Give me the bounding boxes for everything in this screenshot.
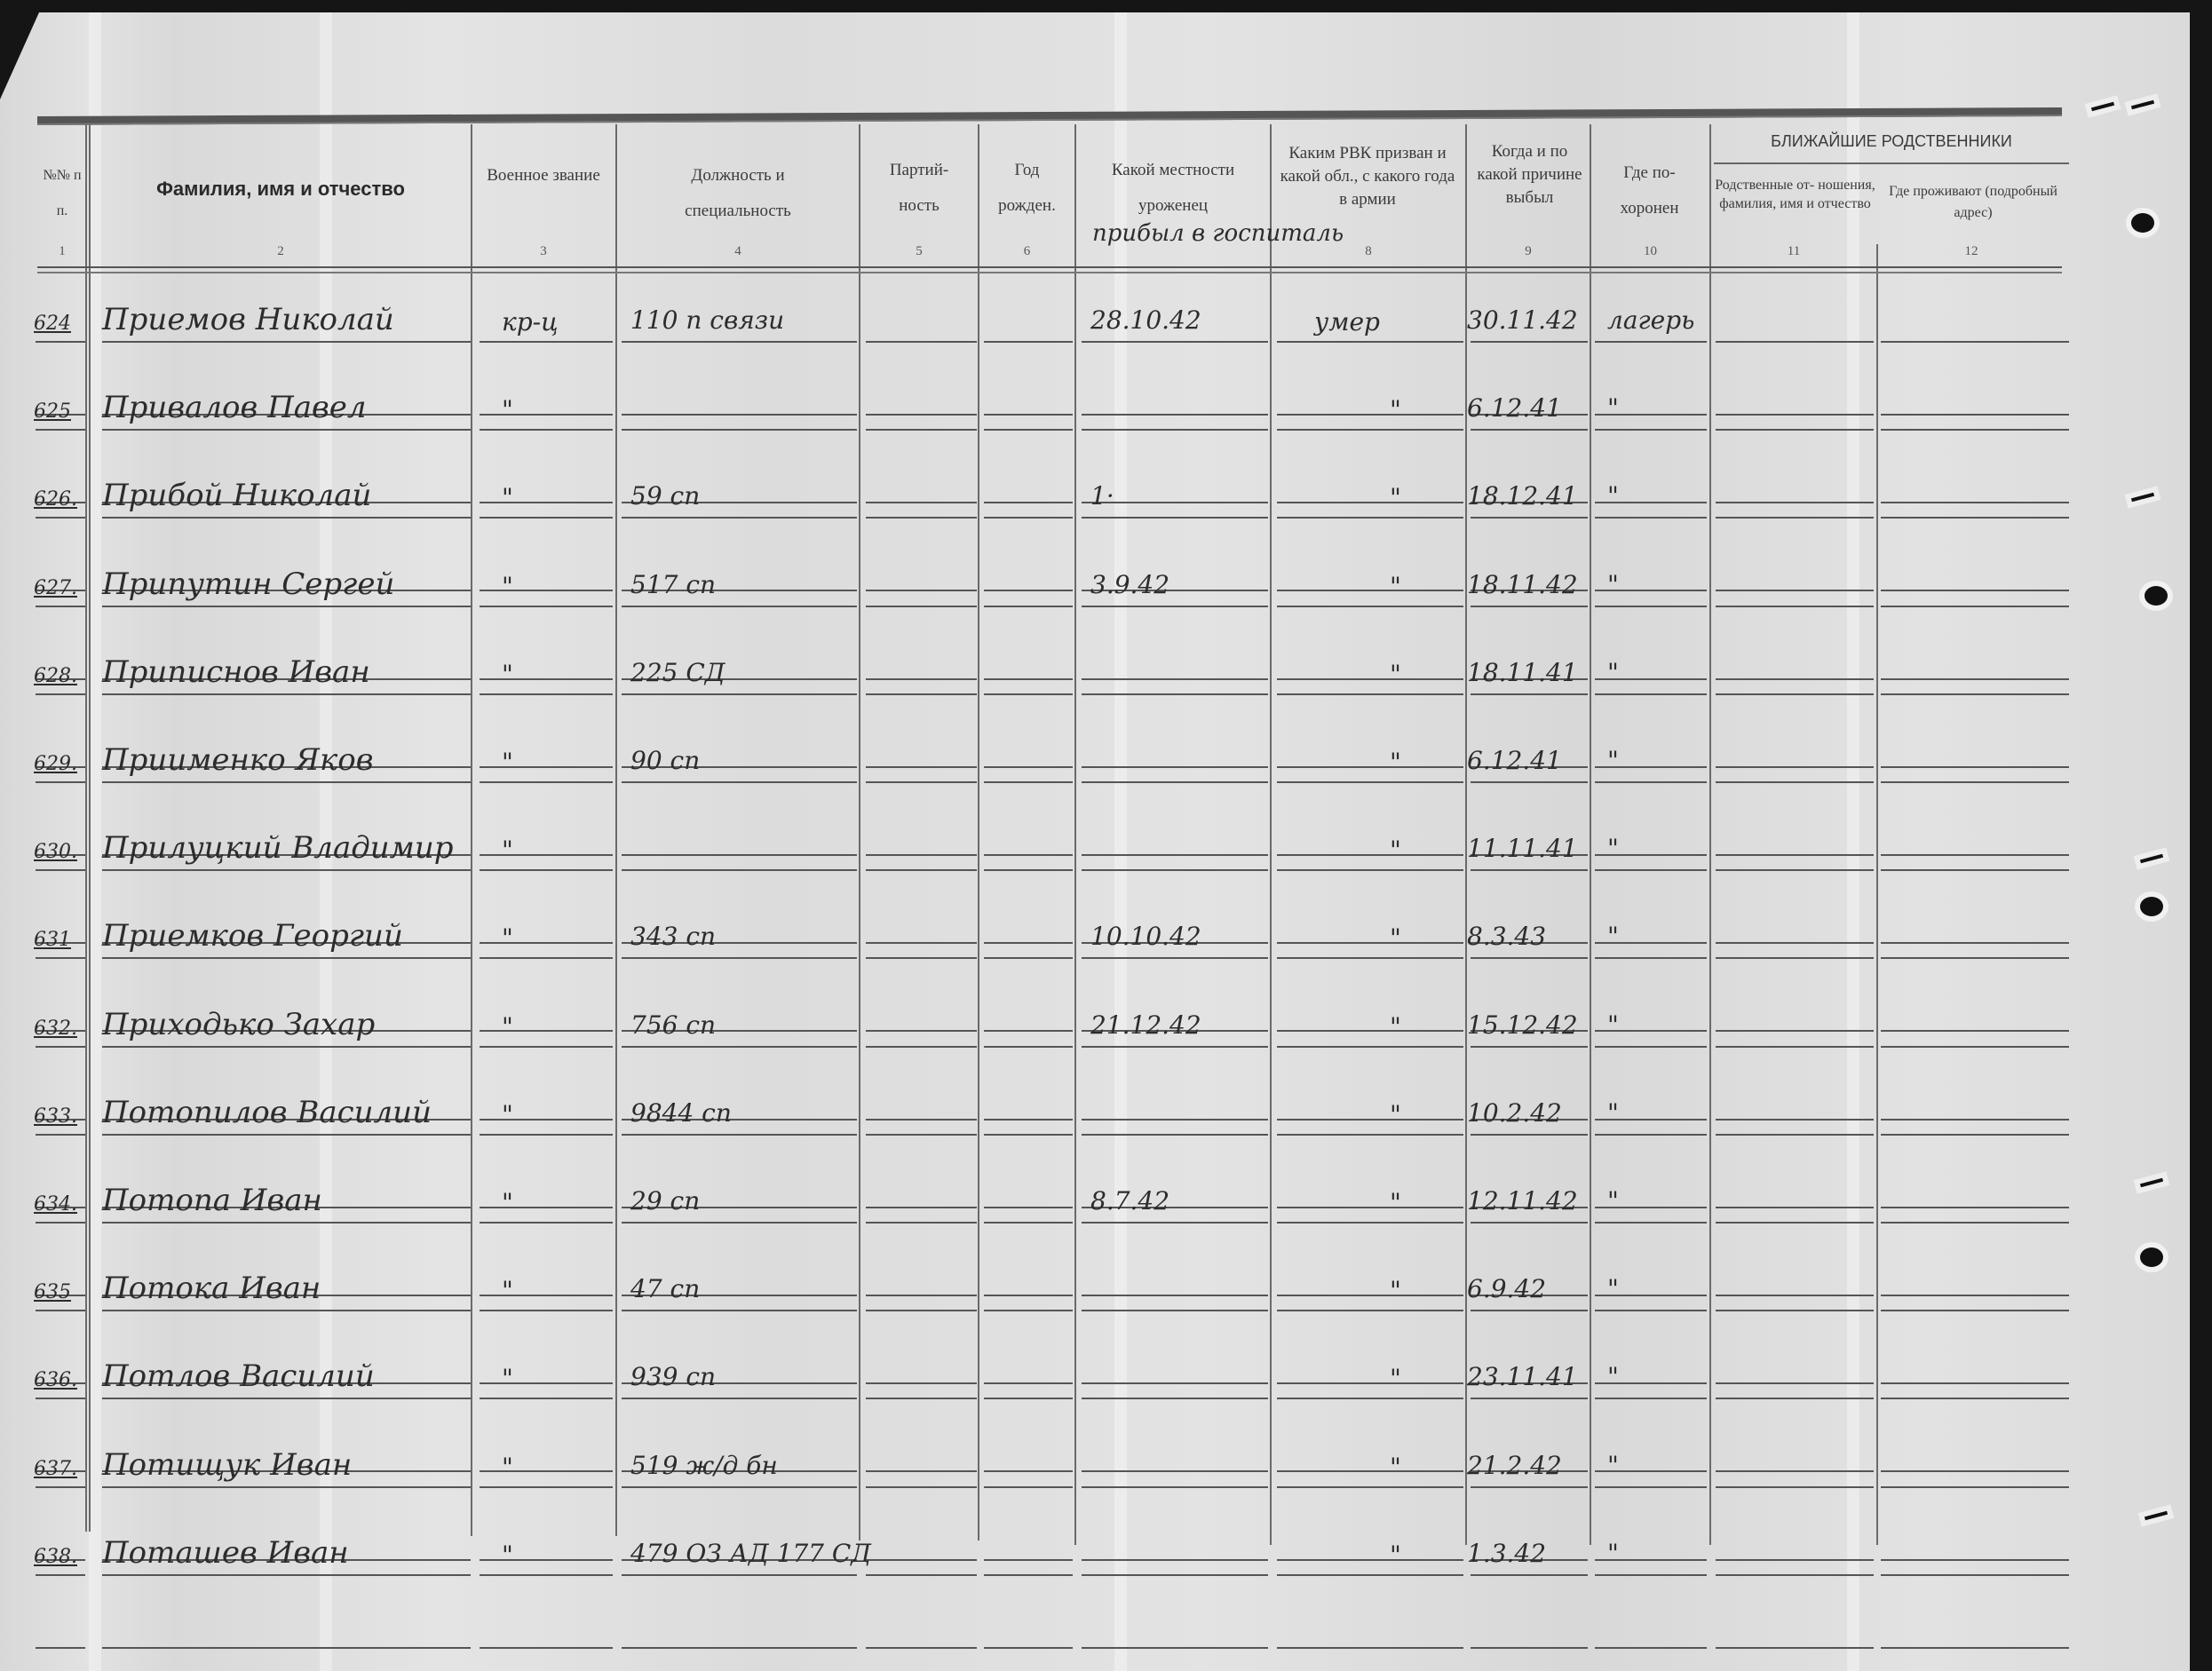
ruled-line bbox=[866, 517, 977, 519]
cell-buried: " bbox=[1607, 658, 1619, 687]
ruled-line bbox=[1082, 1398, 1268, 1399]
ruled-line bbox=[1881, 1310, 2069, 1311]
ruled-line bbox=[1277, 693, 1463, 695]
ruled-line bbox=[1471, 1647, 1588, 1649]
ruled-line bbox=[1471, 1046, 1588, 1048]
ruled-line bbox=[480, 1046, 613, 1048]
ruled-line bbox=[480, 429, 613, 431]
ruled-line bbox=[984, 341, 1073, 343]
cell-rvk: " bbox=[1390, 1276, 1401, 1305]
ruled-line bbox=[1716, 693, 1874, 695]
ruled-line bbox=[866, 781, 977, 783]
ruled-line bbox=[1595, 869, 1707, 871]
ruled-line bbox=[1082, 429, 1268, 431]
ruled-line bbox=[1277, 1647, 1463, 1649]
cell-buried: " bbox=[1607, 1362, 1619, 1391]
ruled-line bbox=[102, 341, 471, 343]
ruled-line bbox=[1082, 1647, 1268, 1649]
ruled-line bbox=[1881, 517, 2069, 519]
table-row: 632.Приходько Захар"756 сп21.12.42"15.12… bbox=[0, 987, 2212, 1075]
ruled-line bbox=[480, 957, 613, 959]
cell-left: 8.3.43 bbox=[1467, 922, 1546, 951]
cell-rvk: " bbox=[1390, 1188, 1401, 1217]
ruled-line bbox=[866, 1647, 977, 1649]
ruled-line bbox=[622, 1134, 857, 1136]
ruled-line bbox=[102, 957, 471, 959]
ruled-line bbox=[1595, 693, 1707, 695]
cell-position: 47 сп bbox=[630, 1274, 700, 1303]
ruled-line bbox=[1881, 693, 2069, 695]
ruled-line bbox=[866, 341, 977, 343]
ruled-line bbox=[480, 869, 613, 871]
ruled-line bbox=[622, 869, 857, 871]
header-col-7: Какой местности уроженец bbox=[1076, 153, 1270, 224]
ruled-line bbox=[1595, 1134, 1707, 1136]
cell-buried: " bbox=[1607, 1186, 1619, 1216]
cell-rank: " bbox=[502, 923, 513, 953]
ruled-line bbox=[1082, 1486, 1268, 1488]
ruled-line bbox=[1471, 1134, 1588, 1136]
cell-position: 90 сп bbox=[630, 746, 700, 775]
ruled-line bbox=[1881, 341, 2069, 343]
ruled-line bbox=[1082, 1574, 1268, 1576]
cell-position: 756 сп bbox=[630, 1010, 716, 1040]
ruled-line bbox=[1277, 1310, 1463, 1311]
header-col-12: Где проживают (подробный адрес) bbox=[1880, 181, 2066, 224]
ruled-line bbox=[984, 1310, 1073, 1311]
ruled-line bbox=[480, 606, 613, 607]
cell-name: Потопилов Василий bbox=[102, 1095, 432, 1130]
ruled-line bbox=[1471, 1222, 1588, 1224]
cell-rank: " bbox=[502, 1364, 513, 1393]
table-row: 627.Припутин Сергей"517 сп3.9.42"18.11.4… bbox=[0, 547, 2212, 635]
ruled-line bbox=[622, 1222, 857, 1224]
cell-position: 519 ж/д бн bbox=[630, 1451, 778, 1480]
table-row: 638.Поташев Иван"479 ОЗ АД 177 СД"1.3.42… bbox=[0, 1516, 2212, 1604]
cell-position: 59 сп bbox=[630, 481, 700, 511]
ruled-line bbox=[1471, 781, 1588, 783]
cell-buried: " bbox=[1607, 1098, 1619, 1128]
ruled-line bbox=[1277, 341, 1463, 343]
table-row: 630.Прилуцкий Владимир""11.11.41" bbox=[0, 811, 2212, 899]
ruled-line bbox=[984, 1134, 1073, 1136]
ruled-line bbox=[1716, 957, 1874, 959]
cell-left: 6.12.41 bbox=[1467, 746, 1562, 775]
ruled-line bbox=[1277, 957, 1463, 959]
cell-rvk: " bbox=[1390, 1364, 1401, 1393]
ruled-line bbox=[1595, 781, 1707, 783]
ruled-line bbox=[480, 1134, 613, 1136]
ruled-line bbox=[102, 1647, 471, 1649]
ruled-line bbox=[480, 1574, 613, 1576]
cell-rank: " bbox=[502, 1453, 513, 1482]
cell-no: 633. bbox=[34, 1105, 77, 1128]
header-col-6: Год рожден. bbox=[979, 153, 1074, 224]
ruled-line bbox=[480, 693, 613, 695]
ruled-line bbox=[866, 1398, 977, 1399]
ruled-line bbox=[984, 429, 1073, 431]
ruled-line bbox=[1881, 1134, 2069, 1136]
cell-rank: кр-ц bbox=[502, 307, 559, 337]
cell-rvk: " bbox=[1390, 660, 1401, 689]
ruled-line bbox=[1881, 1647, 2069, 1649]
ruled-line bbox=[1881, 1574, 2069, 1576]
table-row: 637.Потищук Иван"519 ж/д бн"21.2.42" bbox=[0, 1428, 2212, 1516]
cell-rvk: " bbox=[1390, 1012, 1401, 1041]
ruled-line bbox=[1082, 957, 1268, 959]
cell-position: 9844 сп bbox=[630, 1098, 732, 1128]
cell-rvk: " bbox=[1390, 1540, 1401, 1570]
ruled-line bbox=[866, 1574, 977, 1576]
col-number: 1 bbox=[39, 244, 85, 259]
ruled-line bbox=[1595, 1574, 1707, 1576]
ruled-line bbox=[1082, 1046, 1268, 1048]
ruled-line bbox=[36, 1647, 85, 1649]
cell-name: Приписнов Иван bbox=[102, 654, 370, 690]
ruled-line bbox=[1716, 1574, 1874, 1576]
ruled-line bbox=[1277, 1134, 1463, 1136]
cell-rank: " bbox=[502, 572, 513, 601]
ruled-line bbox=[1277, 606, 1463, 607]
col7-handwritten-note: прибыл в госпиталь bbox=[1092, 220, 1344, 247]
ruled-line bbox=[1471, 1486, 1588, 1488]
table-row: 628.Приписнов Иван"225 СД"18.11.41" bbox=[0, 635, 2212, 723]
ruled-line bbox=[1471, 606, 1588, 607]
cell-name: Привалов Павел bbox=[102, 390, 367, 425]
cell-buried: " bbox=[1607, 393, 1619, 423]
table-row: 626.Прибой Николай"59 сп1·"18.12.41" bbox=[0, 458, 2212, 546]
cell-left: 6.9.42 bbox=[1467, 1274, 1546, 1303]
ruled-line bbox=[622, 1310, 857, 1311]
col-number: 11 bbox=[1711, 244, 1876, 259]
punch-hole bbox=[2145, 586, 2168, 606]
ruled-line bbox=[622, 1046, 857, 1048]
cell-no: 635 bbox=[34, 1281, 71, 1303]
ruled-line bbox=[36, 341, 85, 343]
ruled-line bbox=[1716, 781, 1874, 783]
ruled-line bbox=[102, 1222, 471, 1224]
table-row: 631Приемков Георгий"343 сп10.10.42"8.3.4… bbox=[0, 899, 2212, 986]
header-col-3: Военное звание bbox=[472, 158, 614, 194]
ruled-line bbox=[102, 869, 471, 871]
ruled-line bbox=[1595, 1046, 1707, 1048]
ruled-line bbox=[1277, 1222, 1463, 1224]
cell-rvk: " bbox=[1390, 1100, 1401, 1129]
cell-no: 630. bbox=[34, 841, 77, 863]
cell-name: Приходько Захар bbox=[102, 1007, 375, 1042]
ruled-line bbox=[622, 1647, 857, 1649]
cell-left: 21.2.42 bbox=[1467, 1451, 1562, 1480]
header-col-1: №№ п п. bbox=[39, 158, 85, 229]
ruled-line bbox=[984, 606, 1073, 607]
ruled-line bbox=[1082, 606, 1268, 607]
cell-position: 110 п связи bbox=[630, 305, 784, 335]
cell-rank: " bbox=[502, 748, 513, 777]
cell-no: 625 bbox=[34, 400, 71, 423]
header-col-2: Фамилия, имя и отчество bbox=[91, 178, 471, 201]
ruled-line bbox=[866, 606, 977, 607]
ruled-line bbox=[102, 606, 471, 607]
ruled-line bbox=[984, 1222, 1073, 1224]
ruled-line bbox=[1082, 1134, 1268, 1136]
ruled-line bbox=[1881, 606, 2069, 607]
ruled-line bbox=[1471, 957, 1588, 959]
cell-rank: " bbox=[502, 1012, 513, 1041]
ruled-line bbox=[480, 1398, 613, 1399]
ruled-line bbox=[102, 1574, 471, 1576]
ruled-line bbox=[1595, 1222, 1707, 1224]
ruled-line bbox=[1716, 1486, 1874, 1488]
ruled-line bbox=[36, 781, 85, 783]
ruled-line bbox=[102, 693, 471, 695]
ruled-line bbox=[622, 1574, 857, 1576]
cell-arrived: 3.9.42 bbox=[1090, 570, 1169, 599]
cell-rvk: умер bbox=[1314, 307, 1380, 337]
col-number: 3 bbox=[472, 244, 614, 259]
cell-position: 517 сп bbox=[630, 570, 716, 599]
ruled-line bbox=[1082, 517, 1268, 519]
ruled-line bbox=[622, 957, 857, 959]
punch-hole bbox=[2140, 897, 2163, 916]
ruled-line bbox=[1881, 869, 2069, 871]
cell-name: Потлов Василий bbox=[102, 1358, 375, 1394]
cell-buried: " bbox=[1607, 1539, 1619, 1568]
cell-rvk: " bbox=[1390, 748, 1401, 777]
cell-arrived: 28.10.42 bbox=[1090, 305, 1201, 335]
ruled-line bbox=[480, 341, 613, 343]
ruled-line bbox=[480, 1486, 613, 1488]
col-number: 10 bbox=[1591, 244, 1709, 259]
cell-left: 1.3.42 bbox=[1467, 1539, 1546, 1568]
ruled-line bbox=[1716, 517, 1874, 519]
ruled-line bbox=[1082, 781, 1268, 783]
cell-left: 30.11.42 bbox=[1467, 305, 1578, 335]
cell-left: 23.11.41 bbox=[1467, 1362, 1578, 1391]
cell-no: 632. bbox=[34, 1018, 77, 1040]
ruled-line bbox=[1082, 1222, 1268, 1224]
ruled-line bbox=[36, 606, 85, 607]
cell-rvk: " bbox=[1390, 923, 1401, 953]
ruled-line bbox=[102, 1398, 471, 1399]
ruled-line bbox=[984, 1046, 1073, 1048]
ruled-line bbox=[984, 517, 1073, 519]
ruled-line bbox=[1277, 869, 1463, 871]
ruled-line bbox=[36, 869, 85, 871]
header-col-8: Каким РВК призван и какой обл., с какого… bbox=[1279, 142, 1456, 211]
cell-left: 11.11.41 bbox=[1467, 834, 1578, 863]
ruled-line bbox=[1595, 1647, 1707, 1649]
ruled-line bbox=[1471, 341, 1588, 343]
ruled-line bbox=[102, 1310, 471, 1311]
ruled-line bbox=[480, 1310, 613, 1311]
ruled-line bbox=[866, 957, 977, 959]
ruled-line bbox=[1471, 693, 1588, 695]
ruled-line bbox=[1082, 341, 1268, 343]
ruled-line bbox=[36, 1310, 85, 1311]
cell-name: Поташев Иван bbox=[102, 1535, 349, 1571]
ruled-line bbox=[36, 693, 85, 695]
cell-position: 343 сп bbox=[630, 922, 716, 951]
cell-rvk: " bbox=[1390, 835, 1401, 865]
ruled-line bbox=[984, 1574, 1073, 1576]
ruled-line bbox=[36, 1134, 85, 1136]
ruled-line bbox=[1277, 781, 1463, 783]
cell-name: Припутин Сергей bbox=[102, 566, 394, 602]
ruled-line bbox=[1471, 429, 1588, 431]
ruled-line bbox=[480, 1647, 613, 1649]
ruled-line bbox=[622, 781, 857, 783]
ruled-line bbox=[984, 957, 1073, 959]
ruled-line bbox=[622, 606, 857, 607]
ruled-line bbox=[866, 1222, 977, 1224]
cell-no: 634. bbox=[34, 1193, 77, 1216]
cell-no: 636. bbox=[34, 1369, 77, 1391]
group-divider bbox=[1714, 162, 2069, 164]
ruled-line bbox=[1277, 1046, 1463, 1048]
ruled-line bbox=[36, 429, 85, 431]
cell-no: 631 bbox=[34, 929, 71, 951]
cell-rank: " bbox=[502, 1276, 513, 1305]
cell-buried: " bbox=[1607, 1451, 1619, 1480]
ruled-line bbox=[1471, 869, 1588, 871]
cell-left: 18.11.42 bbox=[1467, 570, 1578, 599]
ruled-line bbox=[102, 1134, 471, 1136]
ruled-line bbox=[1277, 429, 1463, 431]
table-row: 636.Потлов Василий"939 сп"23.11.41" bbox=[0, 1339, 2212, 1427]
cell-buried: " bbox=[1607, 834, 1619, 863]
header-col-9: Когда и по какой причине выбыл bbox=[1474, 140, 1585, 210]
ruled-line bbox=[480, 781, 613, 783]
cell-arrived: 8.7.42 bbox=[1090, 1186, 1169, 1216]
ruled-line bbox=[1716, 341, 1874, 343]
ruled-line bbox=[36, 1574, 85, 1576]
ruled-line bbox=[622, 517, 857, 519]
ruled-line bbox=[102, 1486, 471, 1488]
ruled-line bbox=[36, 1398, 85, 1399]
cell-rank: " bbox=[502, 1540, 513, 1570]
col-number: 12 bbox=[1878, 244, 2065, 259]
ruled-line bbox=[1082, 869, 1268, 871]
ruled-line bbox=[1881, 1398, 2069, 1399]
ruled-line bbox=[102, 429, 471, 431]
header-col-5: Партий- ность bbox=[860, 153, 978, 224]
cell-no: 627. bbox=[34, 577, 77, 599]
ruled-line bbox=[1595, 1310, 1707, 1311]
ruled-line bbox=[1881, 1046, 2069, 1048]
col-number: 2 bbox=[91, 244, 471, 259]
cell-no: 629. bbox=[34, 753, 77, 775]
ruled-line bbox=[866, 869, 977, 871]
ruled-line bbox=[1595, 1398, 1707, 1399]
ruled-line bbox=[866, 429, 977, 431]
ruled-line bbox=[102, 1046, 471, 1048]
cell-no: 638. bbox=[34, 1546, 77, 1568]
ruled-line bbox=[622, 341, 857, 343]
ruled-line bbox=[984, 869, 1073, 871]
cell-name: Потопа Иван bbox=[102, 1183, 322, 1218]
ruled-line bbox=[1277, 1398, 1463, 1399]
ruled-line bbox=[36, 957, 85, 959]
ruled-line bbox=[1595, 429, 1707, 431]
cell-rank: " bbox=[502, 1100, 513, 1129]
ruled-line bbox=[36, 1046, 85, 1048]
ruled-line bbox=[1595, 1486, 1707, 1488]
cell-no: 637. bbox=[34, 1458, 77, 1480]
table-row: 624Приемов Николайкр-ц110 п связи28.10.4… bbox=[0, 282, 2212, 370]
ruled-line bbox=[1881, 1486, 2069, 1488]
cell-buried: " bbox=[1607, 746, 1619, 775]
ruled-line bbox=[1881, 781, 2069, 783]
cell-left: 18.11.41 bbox=[1467, 658, 1578, 687]
ruled-line bbox=[984, 781, 1073, 783]
ruled-line bbox=[1595, 957, 1707, 959]
table-row: 635Потока Иван"47 сп"6.9.42" bbox=[0, 1251, 2212, 1339]
cell-rank: " bbox=[502, 835, 513, 865]
ruled-line bbox=[984, 1398, 1073, 1399]
cell-buried: лагерь bbox=[1607, 305, 1694, 335]
ruled-line bbox=[1716, 1222, 1874, 1224]
cell-name: Прибой Николай bbox=[102, 478, 371, 513]
column-number-rule bbox=[37, 266, 2062, 273]
ruled-line bbox=[622, 693, 857, 695]
ruled-line bbox=[1716, 1647, 1874, 1649]
cell-buried: " bbox=[1607, 481, 1619, 511]
cell-name: Прилуцкий Владимир bbox=[102, 830, 454, 866]
ruled-line bbox=[36, 517, 85, 519]
col-number: 6 bbox=[979, 244, 1074, 259]
cell-no: 624 bbox=[34, 313, 71, 335]
cell-name: Приименко Яков bbox=[102, 742, 374, 778]
cell-left: 10.2.42 bbox=[1467, 1098, 1562, 1128]
table-row: 629.Приименко Яков"90 сп"6.12.41" bbox=[0, 723, 2212, 811]
cell-name: Потока Иван bbox=[102, 1271, 321, 1306]
cell-no: 626. bbox=[34, 488, 77, 511]
ruled-line bbox=[36, 1222, 85, 1224]
cell-left: 12.11.42 bbox=[1467, 1186, 1578, 1216]
cell-buried: " bbox=[1607, 1274, 1619, 1303]
ruled-line bbox=[480, 517, 613, 519]
cell-name: Приемов Николай bbox=[102, 302, 394, 337]
punch-hole bbox=[2131, 213, 2154, 233]
header-col-4: Должность и специальность bbox=[617, 158, 859, 229]
cell-rank: " bbox=[502, 660, 513, 689]
header-group-relatives: БЛИЖАЙШИЕ РОДСТВЕННИКИ bbox=[1718, 130, 2065, 153]
ruled-line bbox=[1471, 517, 1588, 519]
ruled-line bbox=[1277, 1574, 1463, 1576]
cell-arrived: 21.12.42 bbox=[1090, 1010, 1201, 1040]
cell-rvk: " bbox=[1390, 395, 1401, 424]
ruled-line bbox=[1716, 1398, 1874, 1399]
ruled-line bbox=[1082, 1310, 1268, 1311]
cell-left: 6.12.41 bbox=[1467, 393, 1562, 423]
header-col-10: Где по- хоронен bbox=[1594, 155, 1705, 226]
ruled-line bbox=[1881, 957, 2069, 959]
cell-left: 15.12.42 bbox=[1467, 1010, 1578, 1040]
ruled-line bbox=[622, 1486, 857, 1488]
ruled-line bbox=[480, 1222, 613, 1224]
cell-position: 939 сп bbox=[630, 1362, 716, 1391]
ruled-line bbox=[1716, 1046, 1874, 1048]
ruled-line bbox=[984, 1647, 1073, 1649]
cell-buried: " bbox=[1607, 1010, 1619, 1040]
cell-left: 18.12.41 bbox=[1467, 481, 1578, 511]
ruled-line bbox=[1471, 1574, 1588, 1576]
ruled-line bbox=[866, 1310, 977, 1311]
cell-rank: " bbox=[502, 1188, 513, 1217]
ruled-line bbox=[866, 1486, 977, 1488]
ruled-line bbox=[1716, 1134, 1874, 1136]
cell-position: 29 сп bbox=[630, 1186, 700, 1216]
